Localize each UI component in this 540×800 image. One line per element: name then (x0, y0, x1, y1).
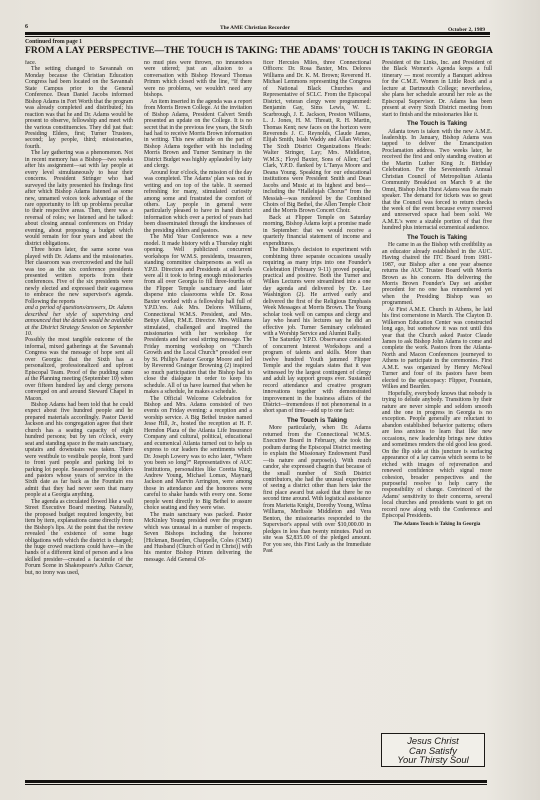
paragraph: no mud pies were thrown, no innuendoes w… (144, 60, 252, 99)
article-column-4: President of the Links, Inc. and Preside… (382, 60, 492, 630)
paragraph: The Saturday Y.P.D. Observance consisted… (263, 337, 371, 414)
paragraph: He came in as the Bishop with credibilit… (382, 242, 492, 307)
newspaper-page: 6 The AME Christian Recorder October 2, … (0, 0, 540, 800)
paragraph: Atlanta town is taken with the new A.M.E… (382, 129, 492, 232)
paragraph: At First A.M.E. Church in Athens, he lai… (382, 307, 492, 391)
paragraph: Bishop Adams had been told that he could… (25, 402, 133, 499)
subhead: The Touch is Taking (382, 235, 492, 241)
footer-rule-thin (25, 784, 487, 785)
paragraph: Around four o'clock, the mission of the … (144, 170, 252, 235)
publication-name: The AME Christian Recorder (25, 25, 485, 31)
paragraph: The Official Welcome Celebration for Bis… (144, 396, 252, 512)
paragraph: The Bishop's decision to experiment with… (263, 247, 371, 337)
paragraph: The lay gathering was a phenomenon. Not … (25, 150, 133, 247)
footer-rule (25, 780, 487, 783)
paragraph: An item inserted in the agenda was a rep… (144, 99, 252, 170)
paragraph: ficer Hercules Miles, three Connectional… (263, 60, 371, 215)
paragraph: Three hours later, the same scene was pl… (25, 247, 133, 305)
paragraph: The setting changed to Savannah on Monda… (25, 66, 133, 150)
paragraph: Possibly the most tangible outcome of th… (25, 337, 133, 402)
subhead: The Touch is Taking (382, 121, 492, 127)
paragraph: More particularly, when Dr. Adams return… (263, 425, 371, 554)
paragraph: The agenda as circulated flowed like a w… (25, 499, 133, 576)
paragraph: The Mid Year Conference was a new model.… (144, 234, 252, 395)
paragraph: President of the Links, Inc. and Preside… (382, 60, 492, 118)
subhead: The Touch is Taking (263, 418, 371, 424)
article-end-line: The Adams Touch is Taking In Georgia (382, 521, 492, 527)
article-column-2: no mud pies were thrown, no innuendoes w… (144, 60, 252, 735)
ad-line: Your Thirsty Soul (382, 755, 484, 765)
paragraph-italic: and a period of questions/answers, Dr. A… (25, 305, 133, 337)
header-rule (25, 32, 490, 35)
header-rule-thin (25, 36, 490, 37)
italic-title: Julius Caesar, (99, 563, 133, 569)
article-headline: FROM A LAY PERSPECTIVE—THE TOUCH IS TAKI… (25, 45, 495, 56)
ad-box: Jesus Christ Can Satisfy Your Thirsty So… (381, 733, 485, 767)
article-column-1: face. The setting changed to Savannah on… (25, 60, 133, 735)
article-column-3: ficer Hercules Miles, three Connectional… (263, 60, 371, 735)
paragraph: Hopefully, everybody knows that nobody i… (382, 391, 492, 520)
paragraph: Back at Flipper Temple on Saturday morni… (263, 215, 371, 247)
paragraph: The main sanctuary was packed. Pastor Mc… (144, 512, 252, 564)
